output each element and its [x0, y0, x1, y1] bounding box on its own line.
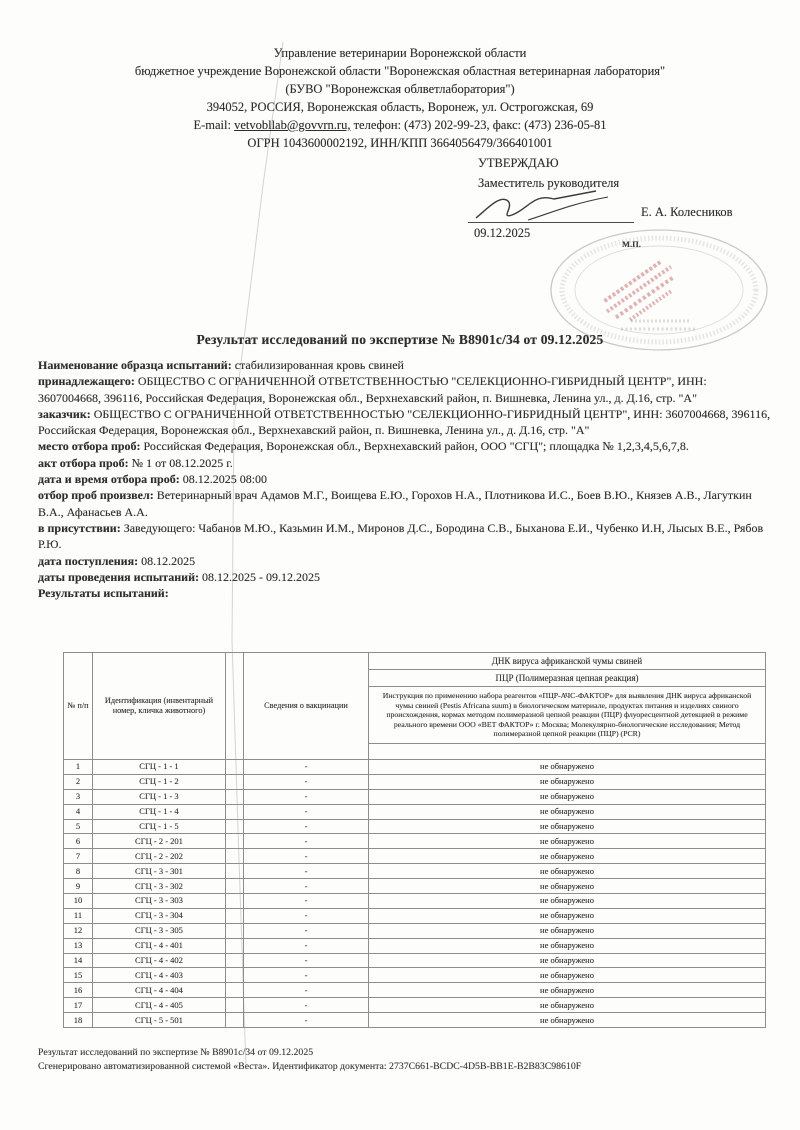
org-address: 394052, РОССИЯ, Воронежская область, Вор… — [0, 98, 800, 116]
test-method-full-header: Инструкция по применению набора реагенто… — [369, 687, 766, 744]
result-cell: не обнаружено — [369, 1013, 766, 1028]
sample-number-cell: 16 — [64, 983, 93, 998]
spacer-cell — [226, 908, 244, 923]
spacer-cell — [226, 819, 244, 834]
spacer-cell — [226, 968, 244, 983]
approval-date: 09.12.2025 — [474, 226, 530, 241]
sample-number-cell: 12 — [64, 923, 93, 938]
result-cell: не обнаружено — [369, 849, 766, 864]
approval-block: УТВЕРЖДАЮ Заместитель руководителя — [478, 153, 778, 193]
table-row: 10СГЦ - 3 - 303-не обнаружено — [64, 894, 766, 909]
vaccination-cell: - — [244, 998, 369, 1013]
sample-number-cell: 1 — [64, 760, 93, 775]
spacer-cell — [226, 998, 244, 1013]
detail-label: в присутствии: — [38, 521, 121, 535]
sample-id-cell: СГЦ - 3 - 302 — [93, 879, 226, 894]
col-identification-header: Идентификация (инвентарный номер, кличка… — [93, 653, 226, 760]
spacer-cell — [226, 804, 244, 819]
vaccination-cell: - — [244, 983, 369, 998]
results-table: № п/п Идентификация (инвентарный номер, … — [63, 652, 766, 1028]
result-cell: не обнаружено — [369, 834, 766, 849]
result-cell: не обнаружено — [369, 923, 766, 938]
table-row: 16СГЦ - 4 - 404-не обнаружено — [64, 983, 766, 998]
sample-id-cell: СГЦ - 1 - 2 — [93, 774, 226, 789]
col-number-header: № п/п — [64, 653, 93, 760]
detail-line: заказчик: ОБЩЕСТВО С ОГРАНИЧЕННОЙ ОТВЕТС… — [38, 406, 772, 439]
result-cell: не обнаружено — [369, 879, 766, 894]
detail-label: Наименование образца испытаний: — [38, 358, 232, 372]
vaccination-cell: - — [244, 864, 369, 879]
sample-number-cell: 17 — [64, 998, 93, 1013]
letterhead: Управление ветеринарии Воронежской облас… — [0, 44, 800, 152]
org-parent-name: Управление ветеринарии Воронежской облас… — [0, 44, 800, 62]
footer-generated-line: Сгенерировано автоматизированной системо… — [38, 1060, 581, 1074]
sample-number-cell: 5 — [64, 819, 93, 834]
result-cell: не обнаружено — [369, 938, 766, 953]
table-row: 13СГЦ - 4 - 401-не обнаружено — [64, 938, 766, 953]
sample-id-cell: СГЦ - 3 - 305 — [93, 923, 226, 938]
result-cell: не обнаружено — [369, 998, 766, 1013]
spacer-cell — [226, 938, 244, 953]
table-row: 15СГЦ - 4 - 403-не обнаружено — [64, 968, 766, 983]
spacer-cell — [226, 953, 244, 968]
sample-number-cell: 13 — [64, 938, 93, 953]
sample-number-cell: 18 — [64, 1013, 93, 1028]
result-cell: не обнаружено — [369, 760, 766, 775]
detail-label: Результаты испытаний: — [38, 586, 169, 600]
vaccination-cell: - — [244, 760, 369, 775]
detail-line: дата поступления: 08.12.2025 — [38, 553, 772, 569]
detail-label: принадлежащего: — [38, 374, 135, 388]
vaccination-cell: - — [244, 834, 369, 849]
spacer-cell — [226, 864, 244, 879]
sample-number-cell: 7 — [64, 849, 93, 864]
spacer-cell — [226, 760, 244, 775]
table-row: 2СГЦ - 1 - 2-не обнаружено — [64, 774, 766, 789]
table-row: 8СГЦ - 3 - 301-не обнаружено — [64, 864, 766, 879]
table-row: 3СГЦ - 1 - 3-не обнаружено — [64, 789, 766, 804]
table-row: 4СГЦ - 1 - 4-не обнаружено — [64, 804, 766, 819]
vaccination-cell: - — [244, 953, 369, 968]
signature-icon — [470, 188, 640, 224]
sample-id-cell: СГЦ - 1 - 3 — [93, 789, 226, 804]
sample-id-cell: СГЦ - 1 - 5 — [93, 819, 226, 834]
sample-id-cell: СГЦ - 1 - 1 — [93, 760, 226, 775]
detail-label: дата и время отбора проб: — [38, 472, 180, 486]
spacer-cell — [226, 879, 244, 894]
spacer-cell — [226, 923, 244, 938]
vaccination-cell: - — [244, 789, 369, 804]
detail-label: заказчик: — [38, 407, 91, 421]
detail-line: дата и время отбора проб: 08.12.2025 08:… — [38, 471, 772, 487]
table-row: 6СГЦ - 2 - 201-не обнаружено — [64, 834, 766, 849]
sample-id-cell: СГЦ - 1 - 4 — [93, 804, 226, 819]
table-row: 11СГЦ - 3 - 304-не обнаружено — [64, 908, 766, 923]
sample-number-cell: 15 — [64, 968, 93, 983]
col-spacer-header — [226, 653, 244, 760]
spacer-cell — [226, 1013, 244, 1028]
org-registration-numbers: ОГРН 1043600002192, ИНН/КПП 3664056479/3… — [0, 134, 800, 152]
result-cell: не обнаружено — [369, 774, 766, 789]
detail-line: Результаты испытаний: — [38, 585, 772, 601]
detail-label: место отбора проб: — [38, 439, 141, 453]
result-cell: не обнаружено — [369, 968, 766, 983]
table-row: 12СГЦ - 3 - 305-не обнаружено — [64, 923, 766, 938]
document-footer: Результат исследований по экспертизе № В… — [38, 1046, 581, 1074]
org-contacts: E-mail: vetvobllab@govvrn.ru, телефон: (… — [0, 116, 800, 134]
sample-id-cell: СГЦ - 4 - 401 — [93, 938, 226, 953]
result-cell: не обнаружено — [369, 983, 766, 998]
results-table-body: 1СГЦ - 1 - 1-не обнаружено2СГЦ - 1 - 2-н… — [64, 760, 766, 1028]
spacer-cell — [226, 774, 244, 789]
sample-id-cell: СГЦ - 3 - 303 — [93, 894, 226, 909]
scanned-document-page: Управление ветеринарии Воронежской облас… — [0, 0, 800, 1130]
phone-fax: телефон: (473) 202-99-23, факс: (473) 23… — [354, 118, 607, 132]
table-row: 7СГЦ - 2 - 202-не обнаружено — [64, 849, 766, 864]
spacer-cell — [226, 894, 244, 909]
spacer-cell — [226, 983, 244, 998]
signature-line — [468, 222, 634, 223]
sample-number-cell: 2 — [64, 774, 93, 789]
table-row: 18СГЦ - 5 - 501-не обнаружено — [64, 1013, 766, 1028]
result-cell: не обнаружено — [369, 953, 766, 968]
sample-id-cell: СГЦ - 2 - 201 — [93, 834, 226, 849]
detail-lines: Наименование образца испытаний: стабилиз… — [38, 357, 772, 601]
sample-id-cell: СГЦ - 4 - 404 — [93, 983, 226, 998]
email-address: vetvobllab@govvrn.ru, — [234, 118, 350, 132]
sample-number-cell: 4 — [64, 804, 93, 819]
approve-word: УТВЕРЖДАЮ — [478, 153, 778, 173]
result-cell: не обнаружено — [369, 908, 766, 923]
detail-line: акт отбора проб: № 1 от 08.12.2025 г. — [38, 455, 772, 471]
sample-number-cell: 3 — [64, 789, 93, 804]
spacer-cell — [226, 789, 244, 804]
vaccination-cell: - — [244, 894, 369, 909]
vaccination-cell: - — [244, 968, 369, 983]
detail-line: в присутствии: Заведующего: Чабанов М.Ю.… — [38, 520, 772, 553]
sample-number-cell: 14 — [64, 953, 93, 968]
document-title: Результат исследований по экспертизе № В… — [0, 332, 800, 348]
sample-id-cell: СГЦ - 4 - 405 — [93, 998, 226, 1013]
vaccination-cell: - — [244, 804, 369, 819]
detail-label: даты проведения испытаний: — [38, 570, 199, 584]
vaccination-cell: - — [244, 1013, 369, 1028]
detail-line: принадлежащего: ОБЩЕСТВО С ОГРАНИЧЕННОЙ … — [38, 373, 772, 406]
sample-id-cell: СГЦ - 4 - 403 — [93, 968, 226, 983]
results-table-header: № п/п Идентификация (инвентарный номер, … — [64, 653, 766, 760]
test-method-short-header: ПЦР (Полимеразная цепная реакция) — [369, 670, 766, 687]
email-label: E-mail: — [193, 118, 231, 132]
detail-label: дата поступления: — [38, 554, 138, 568]
org-name: бюджетное учреждение Воронежской области… — [0, 62, 800, 80]
detail-label: отбор проб произвел: — [38, 488, 154, 502]
detail-line: даты проведения испытаний: 08.12.2025 - … — [38, 569, 772, 585]
vaccination-cell: - — [244, 908, 369, 923]
table-row: 1СГЦ - 1 - 1-не обнаружено — [64, 760, 766, 775]
empty-header-cell — [369, 744, 766, 760]
sample-number-cell: 11 — [64, 908, 93, 923]
footer-expertise-line: Результат исследований по экспертизе № В… — [38, 1046, 581, 1060]
detail-line: место отбора проб: Российская Федерация,… — [38, 438, 772, 454]
sample-id-cell: СГЦ - 3 - 301 — [93, 864, 226, 879]
stamp-mp-label: М.П. — [622, 239, 641, 249]
vaccination-cell: - — [244, 774, 369, 789]
detail-line: отбор проб произвел: Ветеринарный врач А… — [38, 487, 772, 520]
test-group-header: ДНК вируса африканской чумы свиней — [369, 653, 766, 670]
table-row: 9СГЦ - 3 - 302-не обнаружено — [64, 879, 766, 894]
vaccination-cell: - — [244, 849, 369, 864]
sample-id-cell: СГЦ - 2 - 202 — [93, 849, 226, 864]
sample-number-cell: 6 — [64, 834, 93, 849]
result-cell: не обнаружено — [369, 789, 766, 804]
spacer-cell — [226, 849, 244, 864]
sample-id-cell: СГЦ - 5 - 501 — [93, 1013, 226, 1028]
spacer-cell — [226, 834, 244, 849]
result-cell: не обнаружено — [369, 894, 766, 909]
sample-number-cell: 9 — [64, 879, 93, 894]
detail-line: Наименование образца испытаний: стабилиз… — [38, 357, 772, 373]
col-vaccination-header: Сведения о вакцинации — [244, 653, 369, 760]
detail-label: акт отбора проб: — [38, 456, 129, 470]
table-row: 17СГЦ - 4 - 405-не обнаружено — [64, 998, 766, 1013]
sample-id-cell: СГЦ - 3 - 304 — [93, 908, 226, 923]
vaccination-cell: - — [244, 923, 369, 938]
result-cell: не обнаружено — [369, 804, 766, 819]
vaccination-cell: - — [244, 938, 369, 953]
result-cell: не обнаружено — [369, 864, 766, 879]
result-cell: не обнаружено — [369, 819, 766, 834]
sample-number-cell: 10 — [64, 894, 93, 909]
sample-number-cell: 8 — [64, 864, 93, 879]
table-row: 5СГЦ - 1 - 5-не обнаружено — [64, 819, 766, 834]
org-short-name: (БУВО "Воронежская облветлаборатория") — [0, 80, 800, 98]
sample-id-cell: СГЦ - 4 - 402 — [93, 953, 226, 968]
vaccination-cell: - — [244, 879, 369, 894]
approver-name: Е. А. Колесников — [641, 205, 733, 220]
table-row: 14СГЦ - 4 - 402-не обнаружено — [64, 953, 766, 968]
vaccination-cell: - — [244, 819, 369, 834]
